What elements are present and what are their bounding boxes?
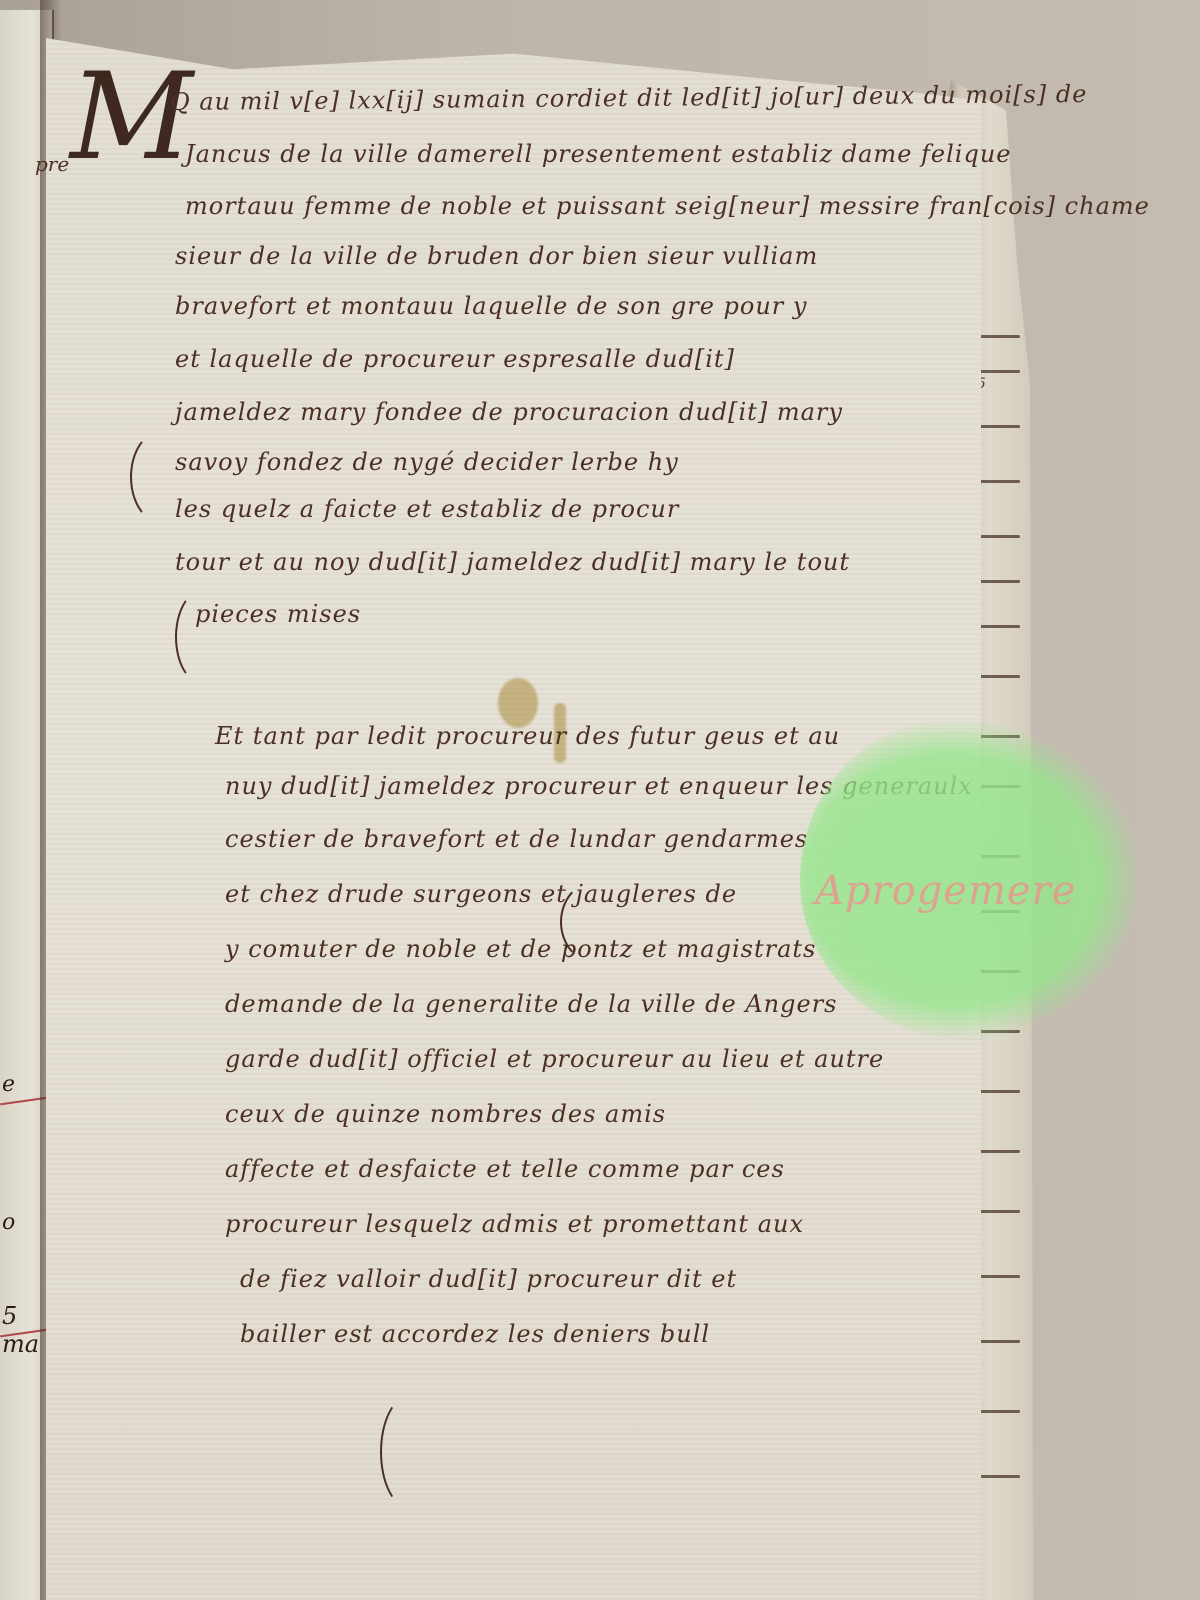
marginal-initials: M	[70, 58, 193, 178]
text-line: ceux de quinze nombres des amis	[225, 1100, 666, 1128]
text-line: bailler est accordez les deniers bull	[240, 1320, 710, 1348]
text-line: affecte et desfaicte et telle comme par …	[225, 1155, 785, 1183]
text-line: et laquelle de procureur espresalle dud[…	[175, 345, 735, 373]
text-line: savoy fondez de nygé decider lerbe hy	[175, 448, 679, 476]
pen-flourish	[560, 880, 634, 964]
text-line: bravefort et montauu laquelle de son gre…	[175, 292, 807, 320]
text-line: les quelz a faicte et establiz de procur	[175, 495, 679, 523]
text-line: et chez drude surgeons et jaugleres de	[225, 880, 737, 908]
left-leaf-fragment: o	[2, 1210, 15, 1235]
text-line: demande de la generalite de la ville de …	[225, 990, 838, 1018]
text-line: mortauu femme de noble et puissant seig[…	[185, 192, 1150, 220]
text-line: procureur lesquelz admis et promettant a…	[225, 1210, 804, 1238]
text-line: jameldez mary fondee de procuracion dud[…	[175, 398, 843, 426]
ink-stain	[498, 678, 538, 728]
text-line: de fiez valloir dud[it] procureur dit et	[240, 1265, 737, 1293]
text-line: cestier de bravefort et de lundar gendar…	[225, 825, 808, 853]
text-line: tour et au noy dud[it] jameldez dud[it] …	[175, 548, 850, 576]
watermark-text: Aprogemere	[815, 868, 1076, 914]
text-line: Jancus de la ville damerell presentement…	[185, 140, 1011, 168]
pen-flourish	[130, 430, 194, 524]
pen-flourish	[175, 590, 229, 684]
pen-flourish	[380, 1395, 439, 1509]
text-line: garde dud[it] officiel et procureur au l…	[225, 1045, 884, 1073]
left-leaf-fragment: e	[2, 1072, 15, 1097]
text-line: y comuter de noble et de pontz et magist…	[225, 935, 816, 963]
text-line: Et tant par ledit procureur des futur ge…	[215, 722, 840, 750]
text-line: sieur de la ville de bruden dor bien sie…	[175, 242, 818, 270]
margin-note: pre	[35, 152, 69, 176]
